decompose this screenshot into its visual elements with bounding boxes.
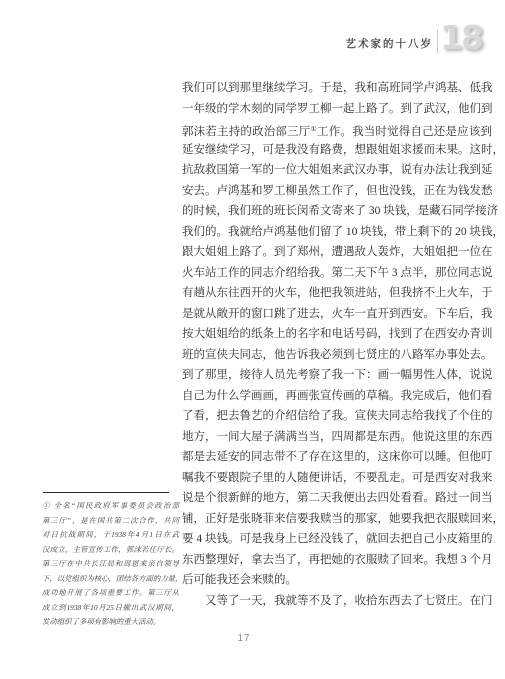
body-text-line: 嘱我不要跟院子里的人随便讲话，不要乱走。可是西安对我来 — [182, 468, 492, 489]
footnote-line: 成立到1938年10月25日撤出武汉期间， — [42, 601, 179, 616]
body-text-line: 跟大姐姐上路了。到了郑州，遭遇敌人轰炸，大姐姐把一位在 — [182, 242, 492, 263]
body-text-line: 抗敌救国第一军的一位大姐姐来武汉办事，说有办法让我到延 — [182, 160, 492, 181]
body-text-line: 说是个很新鲜的地方，第二天我便出去四处看看。路过一间当 — [182, 488, 492, 509]
body-text-line: 按大姐姐给的纸条上的名字和电话号码，找到了在西安办青训 — [182, 324, 492, 345]
book-page: 艺术家的十八岁 18 我们可以到那里继续学习。于是，我和高班同学卢鸿基、低我一年… — [0, 0, 505, 679]
body-text-line: 后可能我还会来赎的。 — [182, 570, 492, 591]
footnote-line: ① 全名“国民政府军事委员会政治部 — [42, 499, 179, 514]
body-text-line: 都是去延安的同志带不了存在这里的，这床你可以睡。但他叮 — [182, 447, 492, 468]
body-text-line: 又等了一天，我就等不及了，收拾东西去了七贤庄。在门 — [182, 591, 492, 612]
chapter-number: 18 — [440, 21, 482, 54]
body-text-line: 东西整理好，拿去当了，再把她的衣服赎了回来。我想 3 个月 — [182, 550, 492, 571]
page-number: 17 — [229, 633, 259, 644]
footnote-line: 第三厅”，是在国共第二次合作，共同 — [42, 514, 179, 529]
footnote-line: 汉成立，主管宣传工作，郭沫若任厅长。 — [42, 543, 179, 558]
footnote: ① 全名“国民政府军事委员会政治部第三厅”，是在国共第二次合作，共同对日抗战期间… — [42, 492, 179, 630]
footnote-line: 发动组织了多项有影响的重大活动。 — [42, 615, 179, 630]
body-text-line: 自己为什么学画画，再画张宣传画的草稿。我完成后，他们看 — [182, 386, 492, 407]
body-text-line: 班的宣侠夫同志，他告诉我必须到七贤庄的八路军办事处去。 — [182, 345, 492, 366]
footnote-line: 下，以党组织为核心，团结各方面的力量， — [42, 572, 179, 587]
body-text-line: 有趟从东往西开的火车，他把我领进站，但我挤不上火车，于 — [182, 283, 492, 304]
body-text-line: 地方，一间大屋子满满当当，四周都是东西。他说这里的东西 — [182, 427, 492, 448]
header-divider — [437, 30, 438, 54]
body-text-line: 安去。卢鸿基和罗工柳虽然工作了，但也没钱，正在为钱发愁 — [182, 181, 492, 202]
body-text: 我们可以到那里继续学习。于是，我和高班同学卢鸿基、低我一年级的学木刻的同学罗工柳… — [182, 78, 492, 611]
footnote-ref-marker: ① — [310, 125, 317, 133]
body-text-line: 是就从敞开的窗口跳了进去，火车一直开到西安。下车后，我 — [182, 304, 492, 325]
body-text-line: 要 4 块钱。可是我身上已经没钱了，就回去把自己小皮箱里的 — [182, 529, 492, 550]
footnote-line: 对日抗战期间，于1938年4月1日在武 — [42, 528, 179, 543]
body-text-line: 一年级的学木刻的同学罗工柳一起上路了。到了武汉，他们到 — [182, 99, 492, 120]
body-text-line: 延安继续学习，可是我没有路费，想跟姐姐求援而未果。这时， — [182, 140, 492, 161]
body-text-line: 我们可以到那里继续学习。于是，我和高班同学卢鸿基、低我 — [182, 78, 492, 99]
body-text-line: 郭沫若主持的政治部三厅①工作。我当时觉得自己还是应该到 — [182, 119, 492, 140]
body-text-line: 铺，正好是张晓菲来信要我赎当的那家，她要我把衣服赎回来， — [182, 509, 492, 530]
footnote-rule — [43, 492, 169, 493]
body-text-line: 我们的。我就给卢鸿基他们留了 10 块钱，带上剩下的 20 块钱， — [182, 222, 492, 243]
body-text-line: 到了那里，接待人员先考察了我一下：画一幅男性人体，说说 — [182, 365, 492, 386]
body-text-line: 了看，把去鲁艺的介绍信给了我。宣侠夫同志给我找了个住的 — [182, 406, 492, 427]
footnote-text: ① 全名“国民政府军事委员会政治部第三厅”，是在国共第二次合作，共同对日抗战期间… — [42, 499, 179, 630]
chapter-title: 艺术家的十八岁 — [346, 36, 434, 51]
footnote-line: 第三厅在中共长江局和周恩来亲自领导 — [42, 557, 179, 572]
body-text-line: 火车站工作的同志介绍给我。第二天下午 3 点半，那位同志说 — [182, 263, 492, 284]
footnote-line: 成功地开展了各项重要工作。第三厅从 — [42, 586, 179, 601]
body-text-line: 的时候，我们班的班长闵希文寄来了 30 块钱，是藏石同学接济 — [182, 201, 492, 222]
